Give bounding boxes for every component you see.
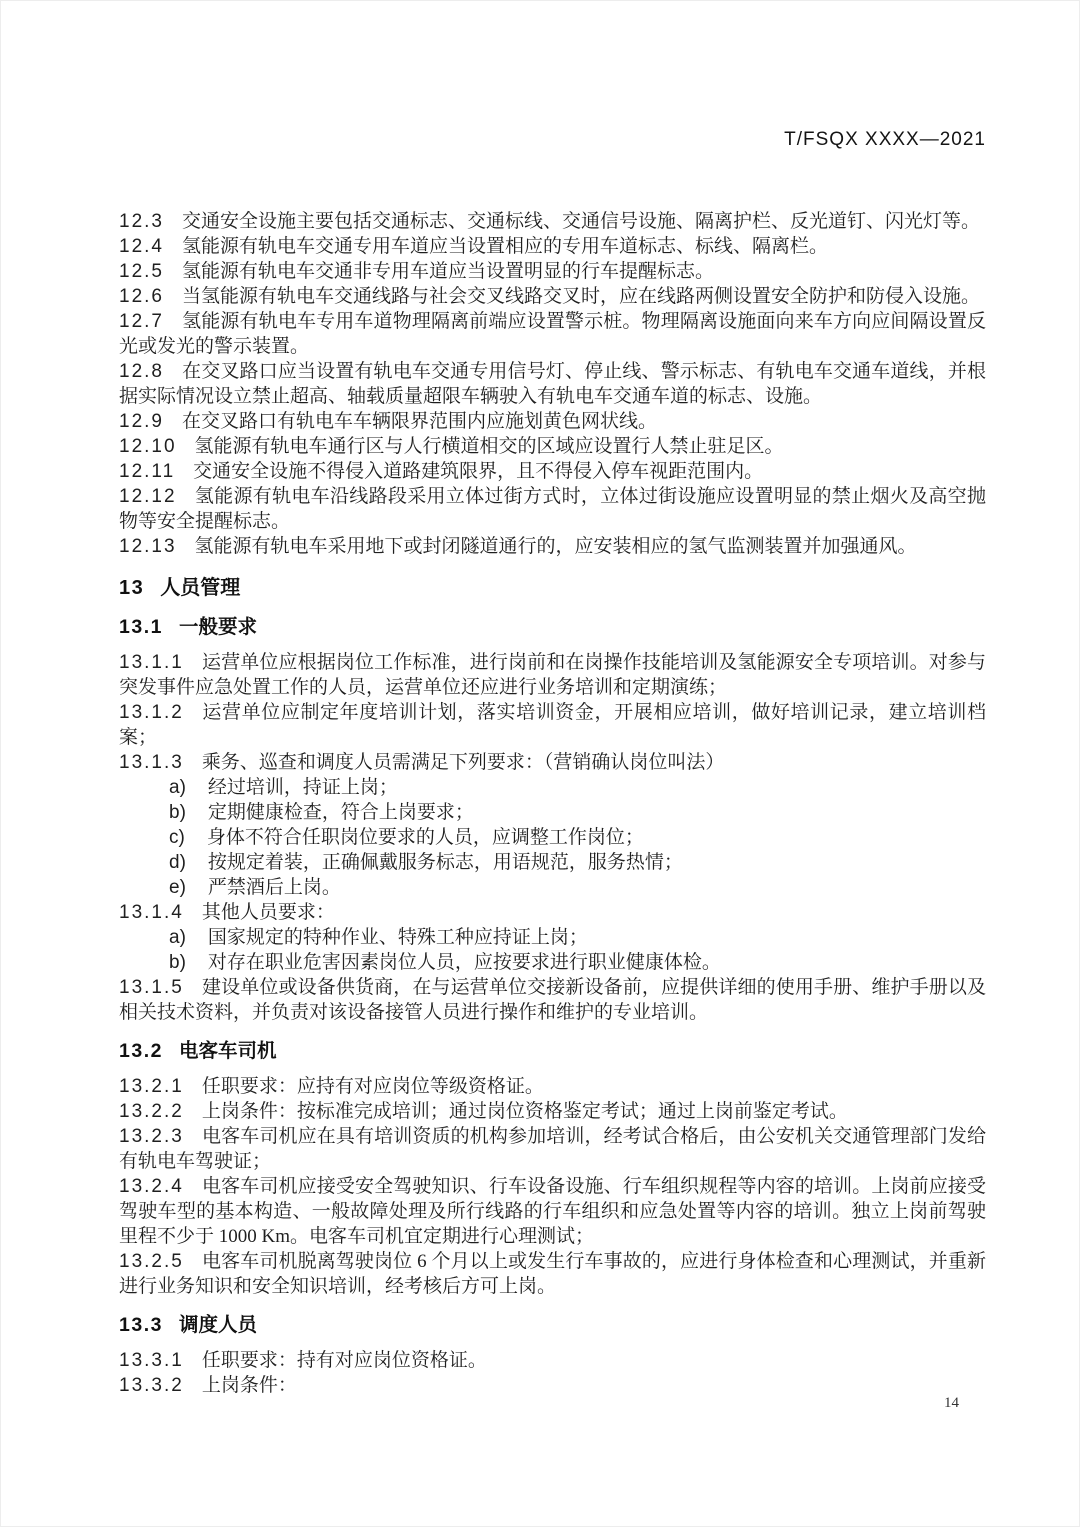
clause-number: 12.12 [119, 486, 195, 507]
list-item: a)经过培训，持证上岗； [119, 775, 986, 800]
clause-paragraph: 12.11交通安全设施不得侵入道路建筑限界，且不得侵入停车视距范围内。 [119, 459, 986, 484]
clause-paragraph: 12.7氢能源有轨电车专用车道物理隔离前端应设置警示桩。物理隔离设施面向来车方向… [119, 309, 986, 359]
clause-number: 13.2.2 [119, 1101, 202, 1122]
list-item-text: 经过培训，持证上岗； [208, 777, 398, 798]
clause-number: 13.1.2 [119, 702, 202, 723]
clause-text: 其他人员要求： [202, 902, 335, 923]
document-page: T/FSQX XXXX—2021 12.3交通安全设施主要包括交通标志、交通标线… [0, 0, 1080, 1527]
list-item-text: 严禁酒后上岗。 [208, 877, 341, 898]
heading-title: 人员管理 [160, 577, 240, 599]
list-item-label: d) [169, 852, 208, 873]
clause-number: 12.8 [119, 361, 182, 382]
clause-paragraph: 12.5氢能源有轨电车交通非专用车道应当设置明显的行车提醒标志。 [119, 259, 986, 284]
heading-title: 一般要求 [179, 616, 257, 638]
clause-number: 12.9 [119, 411, 182, 432]
clause-paragraph: 12.10氢能源有轨电车通行区与人行横道相交的区域应设置行人禁止驻足区。 [119, 434, 986, 459]
list-item-label: b) [169, 952, 208, 973]
clause-text: 氢能源有轨电车专用车道物理隔离前端应设置警示桩。物理隔离设施面向来车方向应间隔设… [119, 311, 986, 357]
list-item-text: 定期健康检查，符合上岗要求； [208, 802, 474, 823]
clause-text: 上岗条件： [202, 1375, 297, 1396]
clause-number: 12.5 [119, 261, 182, 282]
document-body: 12.3交通安全设施主要包括交通标志、交通标线、交通信号设施、隔离护栏、反光道钉… [119, 209, 986, 1398]
clause-paragraph: 13.2.1任职要求：应持有对应岗位等级资格证。 [119, 1074, 986, 1099]
heading-title: 电客车司机 [179, 1040, 277, 1062]
clause-text: 任职要求：持有对应岗位资格证。 [202, 1350, 487, 1371]
clause-text: 电客车司机脱离驾驶岗位 6 个月以上或发生行车事故的，应进行身体检查和心理测试，… [119, 1251, 986, 1297]
clause-number: 12.10 [119, 436, 195, 457]
clause-number: 12.3 [119, 211, 182, 232]
clause-number: 12.11 [119, 461, 193, 482]
clause-paragraph: 12.3交通安全设施主要包括交通标志、交通标线、交通信号设施、隔离护栏、反光道钉… [119, 209, 986, 234]
clause-paragraph: 13.3.1任职要求：持有对应岗位资格证。 [119, 1348, 986, 1373]
clause-paragraph: 13.2.3电客车司机应在具有培训资质的机构参加培训，经考试合格后，由公安机关交… [119, 1124, 986, 1174]
clause-text: 在交叉路口有轨电车车辆限界范围内应施划黄色网状线。 [182, 411, 657, 432]
clause-text: 交通安全设施主要包括交通标志、交通标线、交通信号设施、隔离护栏、反光道钉、闪光灯… [182, 211, 980, 232]
clause-text: 氢能源有轨电车交通专用车道应当设置相应的专用车道标志、标线、隔离栏。 [182, 236, 828, 257]
clause-number: 13.2.3 [119, 1126, 202, 1147]
list-item-label: a) [169, 777, 208, 798]
clause-paragraph: 12.6当氢能源有轨电车交通线路与社会交叉线路交叉时，应在线路两侧设置安全防护和… [119, 284, 986, 309]
clause-paragraph: 13.1.4其他人员要求： [119, 900, 986, 925]
clause-paragraph: 12.4氢能源有轨电车交通专用车道应当设置相应的专用车道标志、标线、隔离栏。 [119, 234, 986, 259]
list-item-text: 按规定着装，正确佩戴服务标志，用语规范，服务热情； [208, 852, 683, 873]
clause-text: 在交叉路口应当设置有轨电车交通专用信号灯、停止线、警示标志、有轨电车交通车道线，… [119, 361, 986, 407]
list-item: c)身体不符合任职岗位要求的人员，应调整工作岗位； [119, 825, 986, 850]
page-number: 14 [119, 1395, 959, 1412]
clause-number: 12.13 [119, 536, 195, 557]
heading-number: 13 [119, 577, 160, 599]
clause-text: 建设单位或设备供货商，在与运营单位交接新设备前，应提供详细的使用手册、维护手册以… [119, 977, 986, 1023]
clause-text: 任职要求：应持有对应岗位等级资格证。 [202, 1076, 544, 1097]
clause-number: 13.1.1 [119, 652, 202, 673]
clause-number: 13.1.4 [119, 902, 202, 923]
clause-paragraph: 12.9在交叉路口有轨电车车辆限界范围内应施划黄色网状线。 [119, 409, 986, 434]
subsection-heading: 13.1一般要求 [119, 615, 986, 640]
heading-number: 13.2 [119, 1040, 179, 1062]
clause-text: 交通安全设施不得侵入道路建筑限界，且不得侵入停车视距范围内。 [193, 461, 763, 482]
list-item: b)对存在职业危害因素岗位人员，应按要求进行职业健康体检。 [119, 950, 986, 975]
section-heading: 13人员管理 [119, 575, 986, 601]
clause-text: 电客车司机应接受安全驾驶知识、行车设备设施、行车组织规程等内容的培训。上岗前应接… [119, 1176, 986, 1247]
clause-number: 12.6 [119, 286, 182, 307]
clause-text: 当氢能源有轨电车交通线路与社会交叉线路交叉时，应在线路两侧设置安全防护和防侵入设… [182, 286, 980, 307]
clause-paragraph: 13.2.5电客车司机脱离驾驶岗位 6 个月以上或发生行车事故的，应进行身体检查… [119, 1249, 986, 1299]
heading-title: 调度人员 [179, 1314, 257, 1336]
list-item-label: c) [169, 827, 207, 848]
subsection-heading: 13.2电客车司机 [119, 1039, 986, 1064]
clause-paragraph: 13.1.3乘务、巡查和调度人员需满足下列要求：（营销确认岗位叫法） [119, 750, 986, 775]
clause-paragraph: 13.2.4电客车司机应接受安全驾驶知识、行车设备设施、行车组织规程等内容的培训… [119, 1174, 986, 1249]
clause-number: 13.2.1 [119, 1076, 202, 1097]
list-item-label: b) [169, 802, 208, 823]
clause-text: 氢能源有轨电车交通非专用车道应当设置明显的行车提醒标志。 [182, 261, 714, 282]
clause-paragraph: 12.13氢能源有轨电车采用地下或封闭隧道通行的，应安装相应的氢气监测装置并加强… [119, 534, 986, 559]
subsection-heading: 13.3调度人员 [119, 1313, 986, 1338]
clause-text: 乘务、巡查和调度人员需满足下列要求：（营销确认岗位叫法） [202, 752, 725, 773]
page-header-doc-code: T/FSQX XXXX—2021 [119, 129, 986, 151]
clause-number: 13.1.5 [119, 977, 202, 998]
list-item: b)定期健康检查，符合上岗要求； [119, 800, 986, 825]
list-item: d)按规定着装，正确佩戴服务标志，用语规范，服务热情； [119, 850, 986, 875]
clause-number: 12.7 [119, 311, 182, 332]
clause-text: 电客车司机应在具有培训资质的机构参加培训，经考试合格后，由公安机关交通管理部门发… [119, 1126, 986, 1172]
clause-paragraph: 12.8在交叉路口应当设置有轨电车交通专用信号灯、停止线、警示标志、有轨电车交通… [119, 359, 986, 409]
heading-number: 13.3 [119, 1314, 179, 1336]
clause-number: 12.4 [119, 236, 182, 257]
clause-number: 13.2.4 [119, 1176, 202, 1197]
list-item-label: a) [169, 927, 208, 948]
list-item-text: 国家规定的特种作业、特殊工种应持证上岗； [208, 927, 588, 948]
clause-paragraph: 13.2.2上岗条件：按标准完成培训；通过岗位资格鉴定考试；通过上岗前鉴定考试。 [119, 1099, 986, 1124]
clause-text: 氢能源有轨电车沿线路段采用立体过街方式时，立体过街设施应设置明显的禁止烟火及高空… [119, 486, 986, 532]
clause-text: 运营单位应根据岗位工作标准，进行岗前和在岗操作技能培训及氢能源安全专项培训。对参… [119, 652, 986, 698]
clause-number: 13.2.5 [119, 1251, 202, 1272]
clause-paragraph: 13.1.1运营单位应根据岗位工作标准，进行岗前和在岗操作技能培训及氢能源安全专… [119, 650, 986, 700]
heading-number: 13.1 [119, 616, 179, 638]
clause-text: 运营单位应制定年度培训计划，落实培训资金，开展相应培训，做好培训记录，建立培训档… [119, 702, 986, 748]
list-item-label: e) [169, 877, 208, 898]
clause-paragraph: 12.12氢能源有轨电车沿线路段采用立体过街方式时，立体过街设施应设置明显的禁止… [119, 484, 986, 534]
clause-number: 13.3.1 [119, 1350, 202, 1371]
clause-text: 氢能源有轨电车采用地下或封闭隧道通行的，应安装相应的氢气监测装置并加强通风。 [195, 536, 917, 557]
list-item-text: 对存在职业危害因素岗位人员，应按要求进行职业健康体检。 [208, 952, 721, 973]
list-item: e)严禁酒后上岗。 [119, 875, 986, 900]
clause-paragraph: 13.1.2运营单位应制定年度培训计划，落实培训资金，开展相应培训，做好培训记录… [119, 700, 986, 750]
list-item-text: 身体不符合任职岗位要求的人员，应调整工作岗位； [207, 827, 644, 848]
clause-paragraph: 13.1.5建设单位或设备供货商，在与运营单位交接新设备前，应提供详细的使用手册… [119, 975, 986, 1025]
list-item: a)国家规定的特种作业、特殊工种应持证上岗； [119, 925, 986, 950]
clause-number: 13.1.3 [119, 752, 202, 773]
clause-number: 13.3.2 [119, 1375, 202, 1396]
clause-text: 氢能源有轨电车通行区与人行横道相交的区域应设置行人禁止驻足区。 [195, 436, 784, 457]
clause-text: 上岗条件：按标准完成培训；通过岗位资格鉴定考试；通过上岗前鉴定考试。 [202, 1101, 848, 1122]
